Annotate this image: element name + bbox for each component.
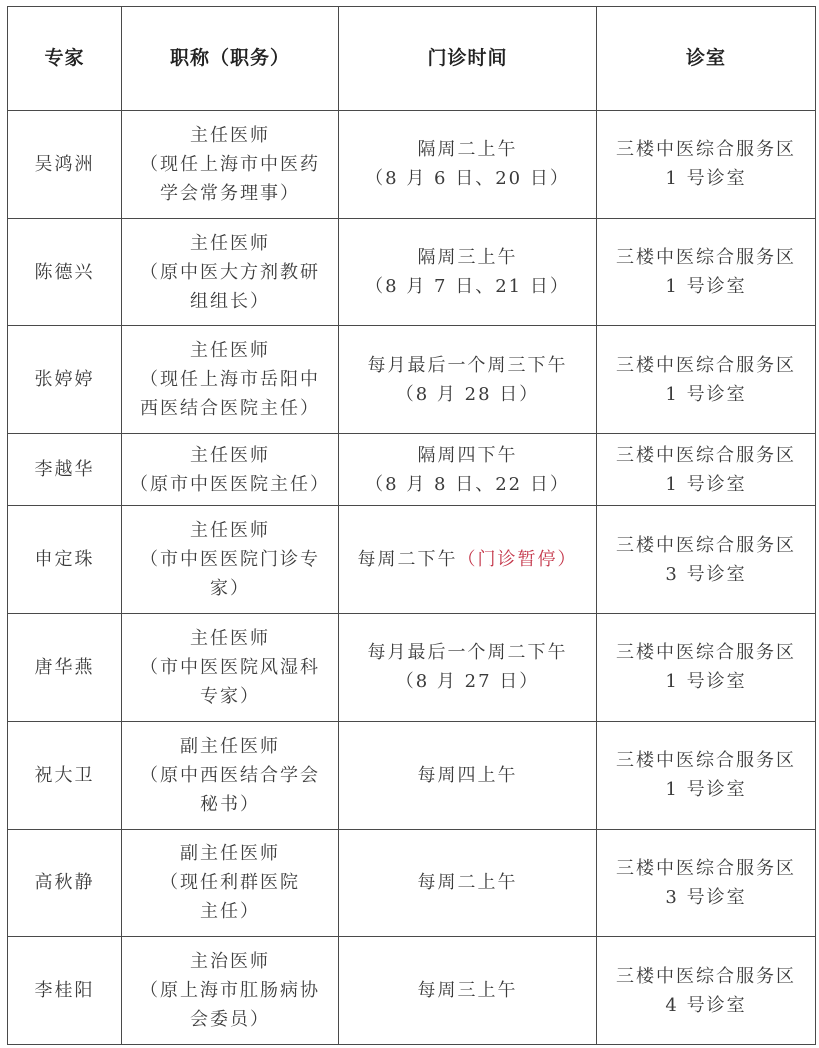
clinic-time-cell: 每周二下午（门诊暂停）	[339, 506, 597, 614]
clinic-time-cell: 隔周三上午（8 月 7 日、21 日）	[339, 218, 597, 326]
clinic-time-cell: 每月最后一个周二下午（8 月 27 日）	[339, 614, 597, 722]
clinic-time-line-wrapper: 每周二下午（门诊暂停）	[347, 545, 588, 574]
room-line: 1 号诊室	[605, 380, 807, 409]
expert-name-cell: 祝大卫	[8, 721, 122, 829]
room-cell: 三楼中医综合服务区3 号诊室	[597, 829, 816, 937]
title-line: 副主任医师	[130, 732, 330, 761]
room-cell: 三楼中医综合服务区1 号诊室	[597, 326, 816, 434]
expert-title-cell: 副主任医师（原中西医结合学会秘书）	[122, 721, 339, 829]
room-line: 3 号诊室	[605, 560, 807, 589]
table-row: 唐华燕主任医师（市中医医院风湿科专家）每月最后一个周二下午（8 月 27 日）三…	[8, 614, 816, 722]
title-line: 学会常务理事）	[130, 179, 330, 208]
title-line: 主任医师	[130, 624, 330, 653]
title-line: 西医结合医院主任）	[130, 394, 330, 423]
expert-name-cell: 唐华燕	[8, 614, 122, 722]
table-row: 申定珠主任医师（市中医医院门诊专家）每周二下午（门诊暂停）三楼中医综合服务区3 …	[8, 506, 816, 614]
clinic-time-text: 每周二下午	[358, 549, 458, 570]
title-line: （原中医大方剂教研	[130, 258, 330, 287]
expert-name: 张婷婷	[16, 365, 113, 394]
title-line: 秘书）	[130, 790, 330, 819]
title-line: 副主任医师	[130, 839, 330, 868]
clinic-time-cell: 每周二上午	[339, 829, 597, 937]
title-line: 会委员）	[130, 1005, 330, 1034]
expert-name: 李越华	[16, 455, 113, 484]
clinic-time-line: （8 月 27 日）	[347, 667, 588, 696]
suspended-badge: （门诊暂停）	[458, 549, 578, 570]
expert-name-cell: 张婷婷	[8, 326, 122, 434]
title-line: （现任上海市中医药	[130, 150, 330, 179]
clinic-time-cell: 隔周二上午（8 月 6 日、20 日）	[339, 111, 597, 219]
title-line: （市中医医院风湿科	[130, 653, 330, 682]
room-cell: 三楼中医综合服务区1 号诊室	[597, 218, 816, 326]
title-line: （现任利群医院	[130, 868, 330, 897]
title-line: （原上海市肛肠病协	[130, 976, 330, 1005]
room-line: 三楼中医综合服务区	[605, 243, 807, 272]
header-expert: 专家	[8, 7, 122, 111]
expert-title-cell: 主任医师（现任上海市中医药学会常务理事）	[122, 111, 339, 219]
expert-name-cell: 高秋静	[8, 829, 122, 937]
expert-name-cell: 吴鸿洲	[8, 111, 122, 219]
header-row: 专家 职称（职务） 门诊时间 诊室	[8, 7, 816, 111]
title-line: 主任医师	[130, 121, 330, 150]
title-line: （原市中医医院主任）	[130, 470, 330, 499]
expert-title-cell: 主任医师（原中医大方剂教研组组长）	[122, 218, 339, 326]
expert-title-cell: 主治医师（原上海市肛肠病协会委员）	[122, 937, 339, 1045]
expert-name: 申定珠	[16, 545, 113, 574]
expert-name: 唐华燕	[16, 653, 113, 682]
clinic-time-cell: 每月最后一个周三下午（8 月 28 日）	[339, 326, 597, 434]
title-line: 主治医师	[130, 947, 330, 976]
header-title: 职称（职务）	[122, 7, 339, 111]
expert-name-cell: 陈德兴	[8, 218, 122, 326]
table-row: 吴鸿洲主任医师（现任上海市中医药学会常务理事）隔周二上午（8 月 6 日、20 …	[8, 111, 816, 219]
title-line: 组组长）	[130, 287, 330, 316]
room-line: 1 号诊室	[605, 272, 807, 301]
expert-name: 李桂阳	[16, 976, 113, 1005]
expert-title-cell: 主任医师（市中医医院门诊专家）	[122, 506, 339, 614]
expert-title-cell: 主任医师（原市中医医院主任）	[122, 434, 339, 506]
title-line: 主任医师	[130, 229, 330, 258]
clinic-time-line: （8 月 6 日、20 日）	[347, 164, 588, 193]
clinic-time-cell: 每周三上午	[339, 937, 597, 1045]
clinic-time-line: 隔周四下午	[347, 441, 588, 470]
clinic-time-line: 隔周三上午	[347, 243, 588, 272]
room-line: 三楼中医综合服务区	[605, 531, 807, 560]
expert-name-cell: 李桂阳	[8, 937, 122, 1045]
room-line: 4 号诊室	[605, 991, 807, 1020]
room-line: 1 号诊室	[605, 775, 807, 804]
title-line: 主任）	[130, 897, 330, 926]
room-cell: 三楼中医综合服务区1 号诊室	[597, 434, 816, 506]
title-line: 主任医师	[130, 516, 330, 545]
room-line: 三楼中医综合服务区	[605, 135, 807, 164]
table-row: 高秋静副主任医师（现任利群医院主任）每周二上午三楼中医综合服务区3 号诊室	[8, 829, 816, 937]
expert-name: 吴鸿洲	[16, 150, 113, 179]
clinic-time-line: 隔周二上午	[347, 135, 588, 164]
title-line: 专家）	[130, 682, 330, 711]
expert-title-cell: 副主任医师（现任利群医院主任）	[122, 829, 339, 937]
room-line: 三楼中医综合服务区	[605, 746, 807, 775]
room-line: 三楼中医综合服务区	[605, 351, 807, 380]
table-row: 张婷婷主任医师（现任上海市岳阳中西医结合医院主任）每月最后一个周三下午（8 月 …	[8, 326, 816, 434]
header-room: 诊室	[597, 7, 816, 111]
title-line: 家）	[130, 574, 330, 603]
clinic-time-line: 每周三上午	[347, 976, 588, 1005]
room-line: 三楼中医综合服务区	[605, 962, 807, 991]
clinic-time-line: （8 月 7 日、21 日）	[347, 272, 588, 301]
table-row: 李越华主任医师（原市中医医院主任）隔周四下午（8 月 8 日、22 日）三楼中医…	[8, 434, 816, 506]
title-line: 主任医师	[130, 441, 330, 470]
title-line: （现任上海市岳阳中	[130, 365, 330, 394]
expert-name: 祝大卫	[16, 761, 113, 790]
room-line: 三楼中医综合服务区	[605, 638, 807, 667]
title-line: 主任医师	[130, 336, 330, 365]
header-clinic-time: 门诊时间	[339, 7, 597, 111]
table-row: 陈德兴主任医师（原中医大方剂教研组组长）隔周三上午（8 月 7 日、21 日）三…	[8, 218, 816, 326]
room-line: 三楼中医综合服务区	[605, 441, 807, 470]
clinic-time-line: （8 月 28 日）	[347, 380, 588, 409]
room-line: 3 号诊室	[605, 883, 807, 912]
room-line: 1 号诊室	[605, 470, 807, 499]
clinic-time-line: 每周四上午	[347, 761, 588, 790]
clinic-time-cell: 每周四上午	[339, 721, 597, 829]
table-row: 李桂阳主治医师（原上海市肛肠病协会委员）每周三上午三楼中医综合服务区4 号诊室	[8, 937, 816, 1045]
room-line: 1 号诊室	[605, 667, 807, 696]
clinic-time-cell: 隔周四下午（8 月 8 日、22 日）	[339, 434, 597, 506]
room-cell: 三楼中医综合服务区1 号诊室	[597, 721, 816, 829]
room-cell: 三楼中医综合服务区3 号诊室	[597, 506, 816, 614]
expert-name: 陈德兴	[16, 258, 113, 287]
title-line: （原中西医结合学会	[130, 761, 330, 790]
room-line: 1 号诊室	[605, 164, 807, 193]
table-body: 吴鸿洲主任医师（现任上海市中医药学会常务理事）隔周二上午（8 月 6 日、20 …	[8, 111, 816, 1045]
clinic-time-line: （8 月 8 日、22 日）	[347, 470, 588, 499]
title-line: （市中医医院门诊专	[130, 545, 330, 574]
clinic-time-line: 每月最后一个周三下午	[347, 351, 588, 380]
table-row: 祝大卫副主任医师（原中西医结合学会秘书）每周四上午三楼中医综合服务区1 号诊室	[8, 721, 816, 829]
expert-title-cell: 主任医师（市中医医院风湿科专家）	[122, 614, 339, 722]
expert-name: 高秋静	[16, 868, 113, 897]
clinic-time-line: 每周二上午	[347, 868, 588, 897]
clinic-time-line: 每月最后一个周二下午	[347, 638, 588, 667]
room-cell: 三楼中医综合服务区1 号诊室	[597, 111, 816, 219]
room-cell: 三楼中医综合服务区4 号诊室	[597, 937, 816, 1045]
expert-schedule-table: 专家 职称（职务） 门诊时间 诊室 吴鸿洲主任医师（现任上海市中医药学会常务理事…	[7, 6, 816, 1045]
expert-name-cell: 李越华	[8, 434, 122, 506]
room-line: 三楼中医综合服务区	[605, 854, 807, 883]
room-cell: 三楼中医综合服务区1 号诊室	[597, 614, 816, 722]
expert-title-cell: 主任医师（现任上海市岳阳中西医结合医院主任）	[122, 326, 339, 434]
expert-name-cell: 申定珠	[8, 506, 122, 614]
